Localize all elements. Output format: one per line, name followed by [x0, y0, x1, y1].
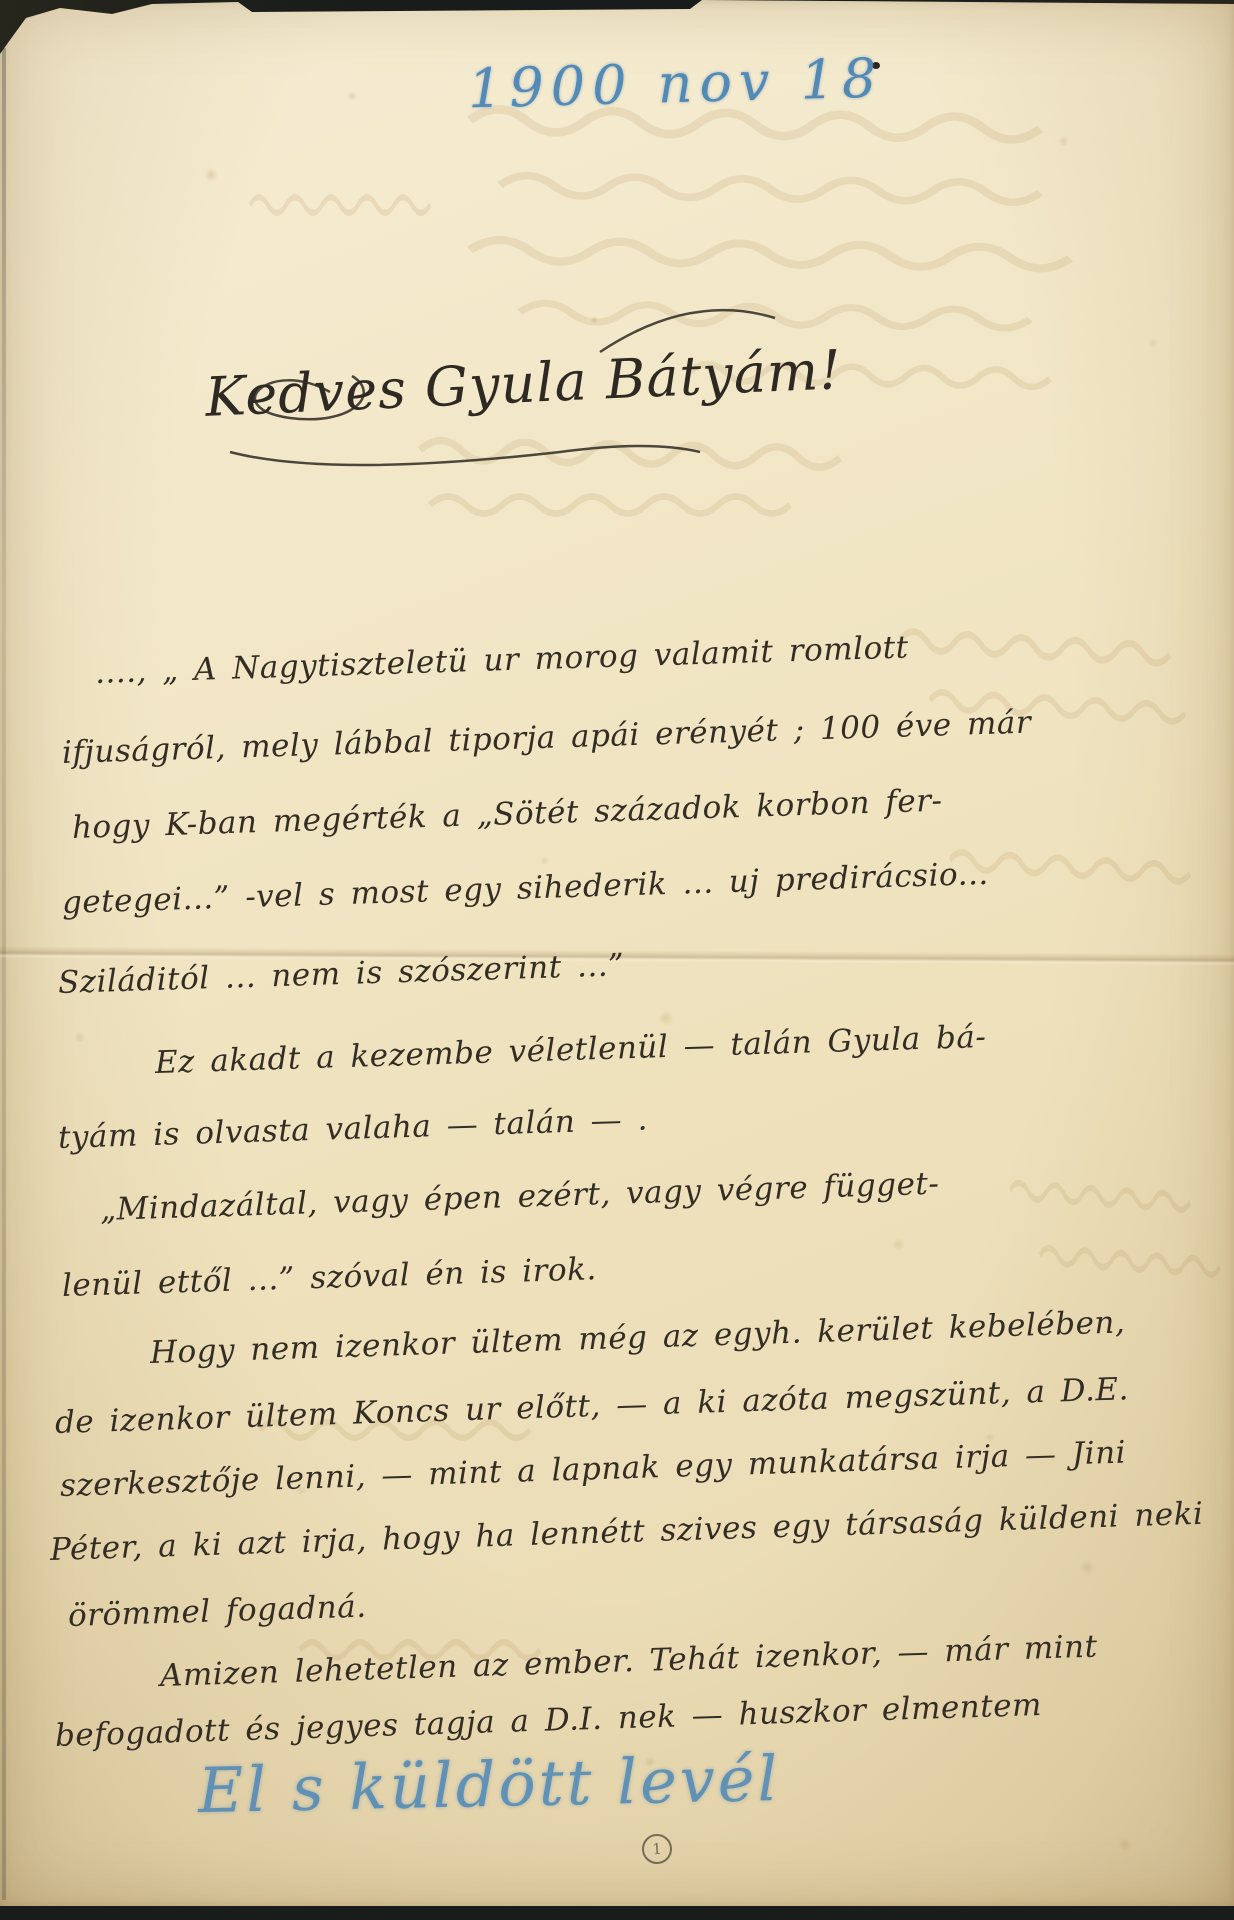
archive-note-blue-pencil: El s küldött levél: [197, 1742, 781, 1827]
scanned-letter-page: 1900 nov 18 Kedves Gyula Bátyám! ...., „…: [0, 0, 1234, 1920]
stain-spot: [540, 856, 549, 865]
left-scan-edge: [2, 48, 6, 1900]
stain-spot: [346, 90, 358, 102]
date-annotation-blue-pencil: 1900 nov 18: [467, 47, 884, 121]
stain-spot: [1058, 136, 1069, 147]
stain-spot: [658, 1010, 674, 1026]
stain-spot: [590, 316, 598, 324]
stain-spot: [1080, 1560, 1095, 1575]
stain-spot: [1118, 1838, 1132, 1852]
stain-spot: [74, 1032, 85, 1043]
stain-spot: [1148, 338, 1158, 348]
stain-spot: [204, 168, 218, 182]
stain-spot: [892, 1238, 905, 1251]
